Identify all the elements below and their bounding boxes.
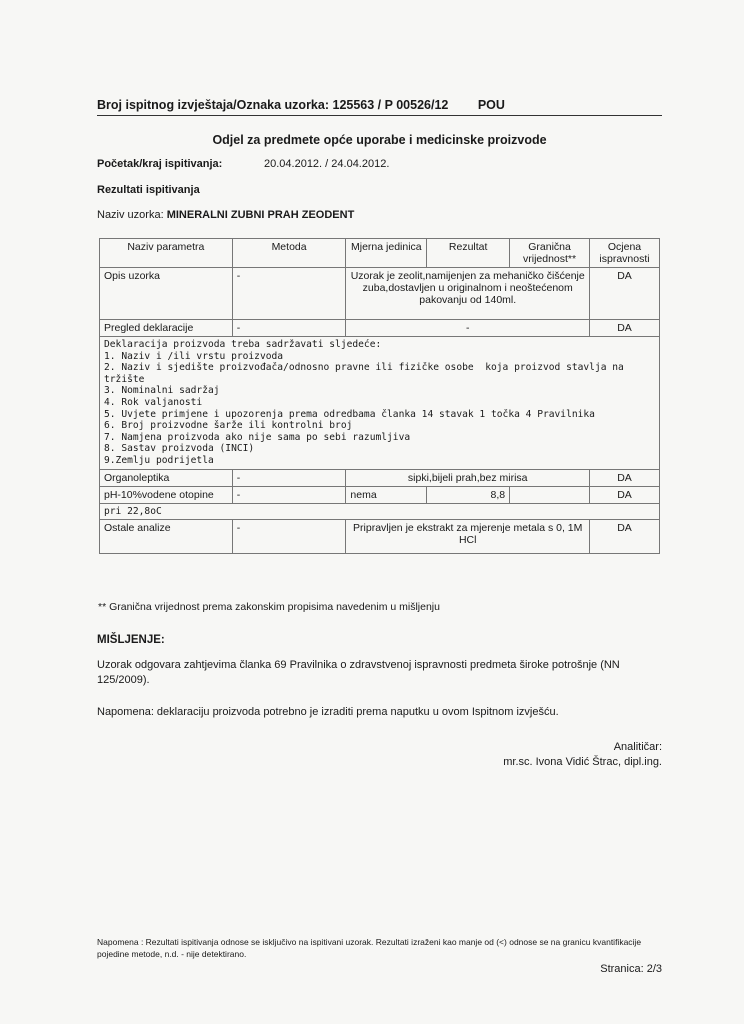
declaration-line: 1. Naziv i /ili vrstu proizvoda <box>104 351 655 363</box>
opinion-note: Napomena: deklaraciju proizvoda potrebno… <box>97 705 667 720</box>
cell-method: - <box>232 520 346 554</box>
header-parameter: Naziv parametra <box>100 239 233 268</box>
report-number-value: 125563 / P 00526/12 <box>333 98 449 112</box>
page-number: Stranica: 2/3 <box>600 963 662 975</box>
footer-note: Napomena : Rezultati ispitivanja odnose … <box>97 936 657 960</box>
opinion-text: Uzorak odgovara zahtjevima članka 69 Pra… <box>97 658 667 688</box>
cell-unit: nema <box>346 486 427 503</box>
cell-assessment: DA <box>590 486 660 503</box>
sample-name-line: Naziv uzorka: MINERALNI ZUBNI PRAH ZEODE… <box>97 209 354 221</box>
opinion-heading: MIŠLJENJE: <box>97 634 165 646</box>
cell-merged-result: - <box>346 320 590 337</box>
report-code: POU <box>478 98 505 112</box>
signature-name: mr.sc. Ivona Vidić Štrac, dipl.ing. <box>503 755 662 770</box>
cell-merged-result: Pripravljen je ekstrakt za mjerenje meta… <box>346 520 590 554</box>
sample-label: Naziv uzorka: <box>97 209 164 221</box>
header-unit: Mjerna jedinica <box>346 239 427 268</box>
table-row: Organoleptika - sipki,bijeli prah,bez mi… <box>100 469 660 486</box>
header-assessment: Ocjena ispravnosti <box>590 239 660 268</box>
table-header-row: Naziv parametra Metoda Mjerna jedinica R… <box>100 239 660 268</box>
table-row: Ostale analize - Pripravljen je ekstrakt… <box>100 520 660 554</box>
header-divider <box>97 115 662 116</box>
cell-limit <box>510 486 590 503</box>
declaration-line: Deklaracija proizvoda treba sadržavati s… <box>104 339 655 351</box>
report-number-header: Broj ispitnog izvještaja/Oznaka uzorka: … <box>97 98 662 112</box>
table-row: pH-10%vodene otopine - nema 8,8 DA <box>100 486 660 503</box>
report-number-label: Broj ispitnog izvještaja/Oznaka uzorka: <box>97 98 329 112</box>
cell-assessment: DA <box>590 520 660 554</box>
limit-footnote: ** Granična vrijednost prema zakonskim p… <box>98 601 440 613</box>
cell-result: 8,8 <box>427 486 510 503</box>
sample-name: MINERALNI ZUBNI PRAH ZEODENT <box>167 209 355 221</box>
declaration-line: 9.Zemlju podrijetla <box>104 455 655 467</box>
cell-merged-result: Uzorak je zeolit,namijenjen za mehaničko… <box>346 268 590 320</box>
cell-assessment: DA <box>590 469 660 486</box>
declaration-line: 6. Broj proizvodne šarže ili kontrolni b… <box>104 420 655 432</box>
cell-method: - <box>232 320 346 337</box>
cell-method: - <box>232 268 346 320</box>
results-table: Naziv parametra Metoda Mjerna jedinica R… <box>99 238 660 554</box>
signature-role: Analitičar: <box>614 740 662 755</box>
cell-merged-result: sipki,bijeli prah,bez mirisa <box>346 469 590 486</box>
testing-period-label: Početak/kraj ispitivanja: <box>97 158 222 170</box>
table-row: Pregled deklaracije - - DA <box>100 320 660 337</box>
table-row: Opis uzorka - Uzorak je zeolit,namijenje… <box>100 268 660 320</box>
cell-method: - <box>232 469 346 486</box>
testing-period-value: 20.04.2012. / 24.04.2012. <box>264 158 389 170</box>
ph-temperature-note: pri 22,8oC <box>100 503 660 520</box>
header-result: Rezultat <box>427 239 510 268</box>
cell-parameter: Opis uzorka <box>100 268 233 320</box>
results-heading: Rezultati ispitivanja <box>97 184 200 196</box>
declaration-requirements: Deklaracija proizvoda treba sadržavati s… <box>100 337 660 470</box>
ph-note-row: pri 22,8oC <box>100 503 660 520</box>
department-title: Odjel za predmete opće uporabe i medicin… <box>97 133 662 147</box>
declaration-line: 8. Sastav proizvoda (INCI) <box>104 443 655 455</box>
cell-parameter: Ostale analize <box>100 520 233 554</box>
cell-method: - <box>232 486 346 503</box>
cell-assessment: DA <box>590 320 660 337</box>
declaration-requirements-row: Deklaracija proizvoda treba sadržavati s… <box>100 337 660 470</box>
cell-parameter: Pregled deklaracije <box>100 320 233 337</box>
declaration-line: 2. Naziv i sjedište proizvođača/odnosno … <box>104 362 655 385</box>
declaration-line: 7. Namjena proizvoda ako nije sama po se… <box>104 432 655 444</box>
header-limit: Granična vrijednost** <box>510 239 590 268</box>
header-method: Metoda <box>232 239 346 268</box>
declaration-line: 5. Uvjete primjene i upozorenja prema od… <box>104 409 655 421</box>
testing-period: Početak/kraj ispitivanja: 20.04.2012. / … <box>97 158 222 170</box>
declaration-line: 4. Rok valjanosti <box>104 397 655 409</box>
cell-parameter: Organoleptika <box>100 469 233 486</box>
cell-assessment: DA <box>590 268 660 320</box>
declaration-line: 3. Nominalni sadržaj <box>104 385 655 397</box>
cell-parameter: pH-10%vodene otopine <box>100 486 233 503</box>
